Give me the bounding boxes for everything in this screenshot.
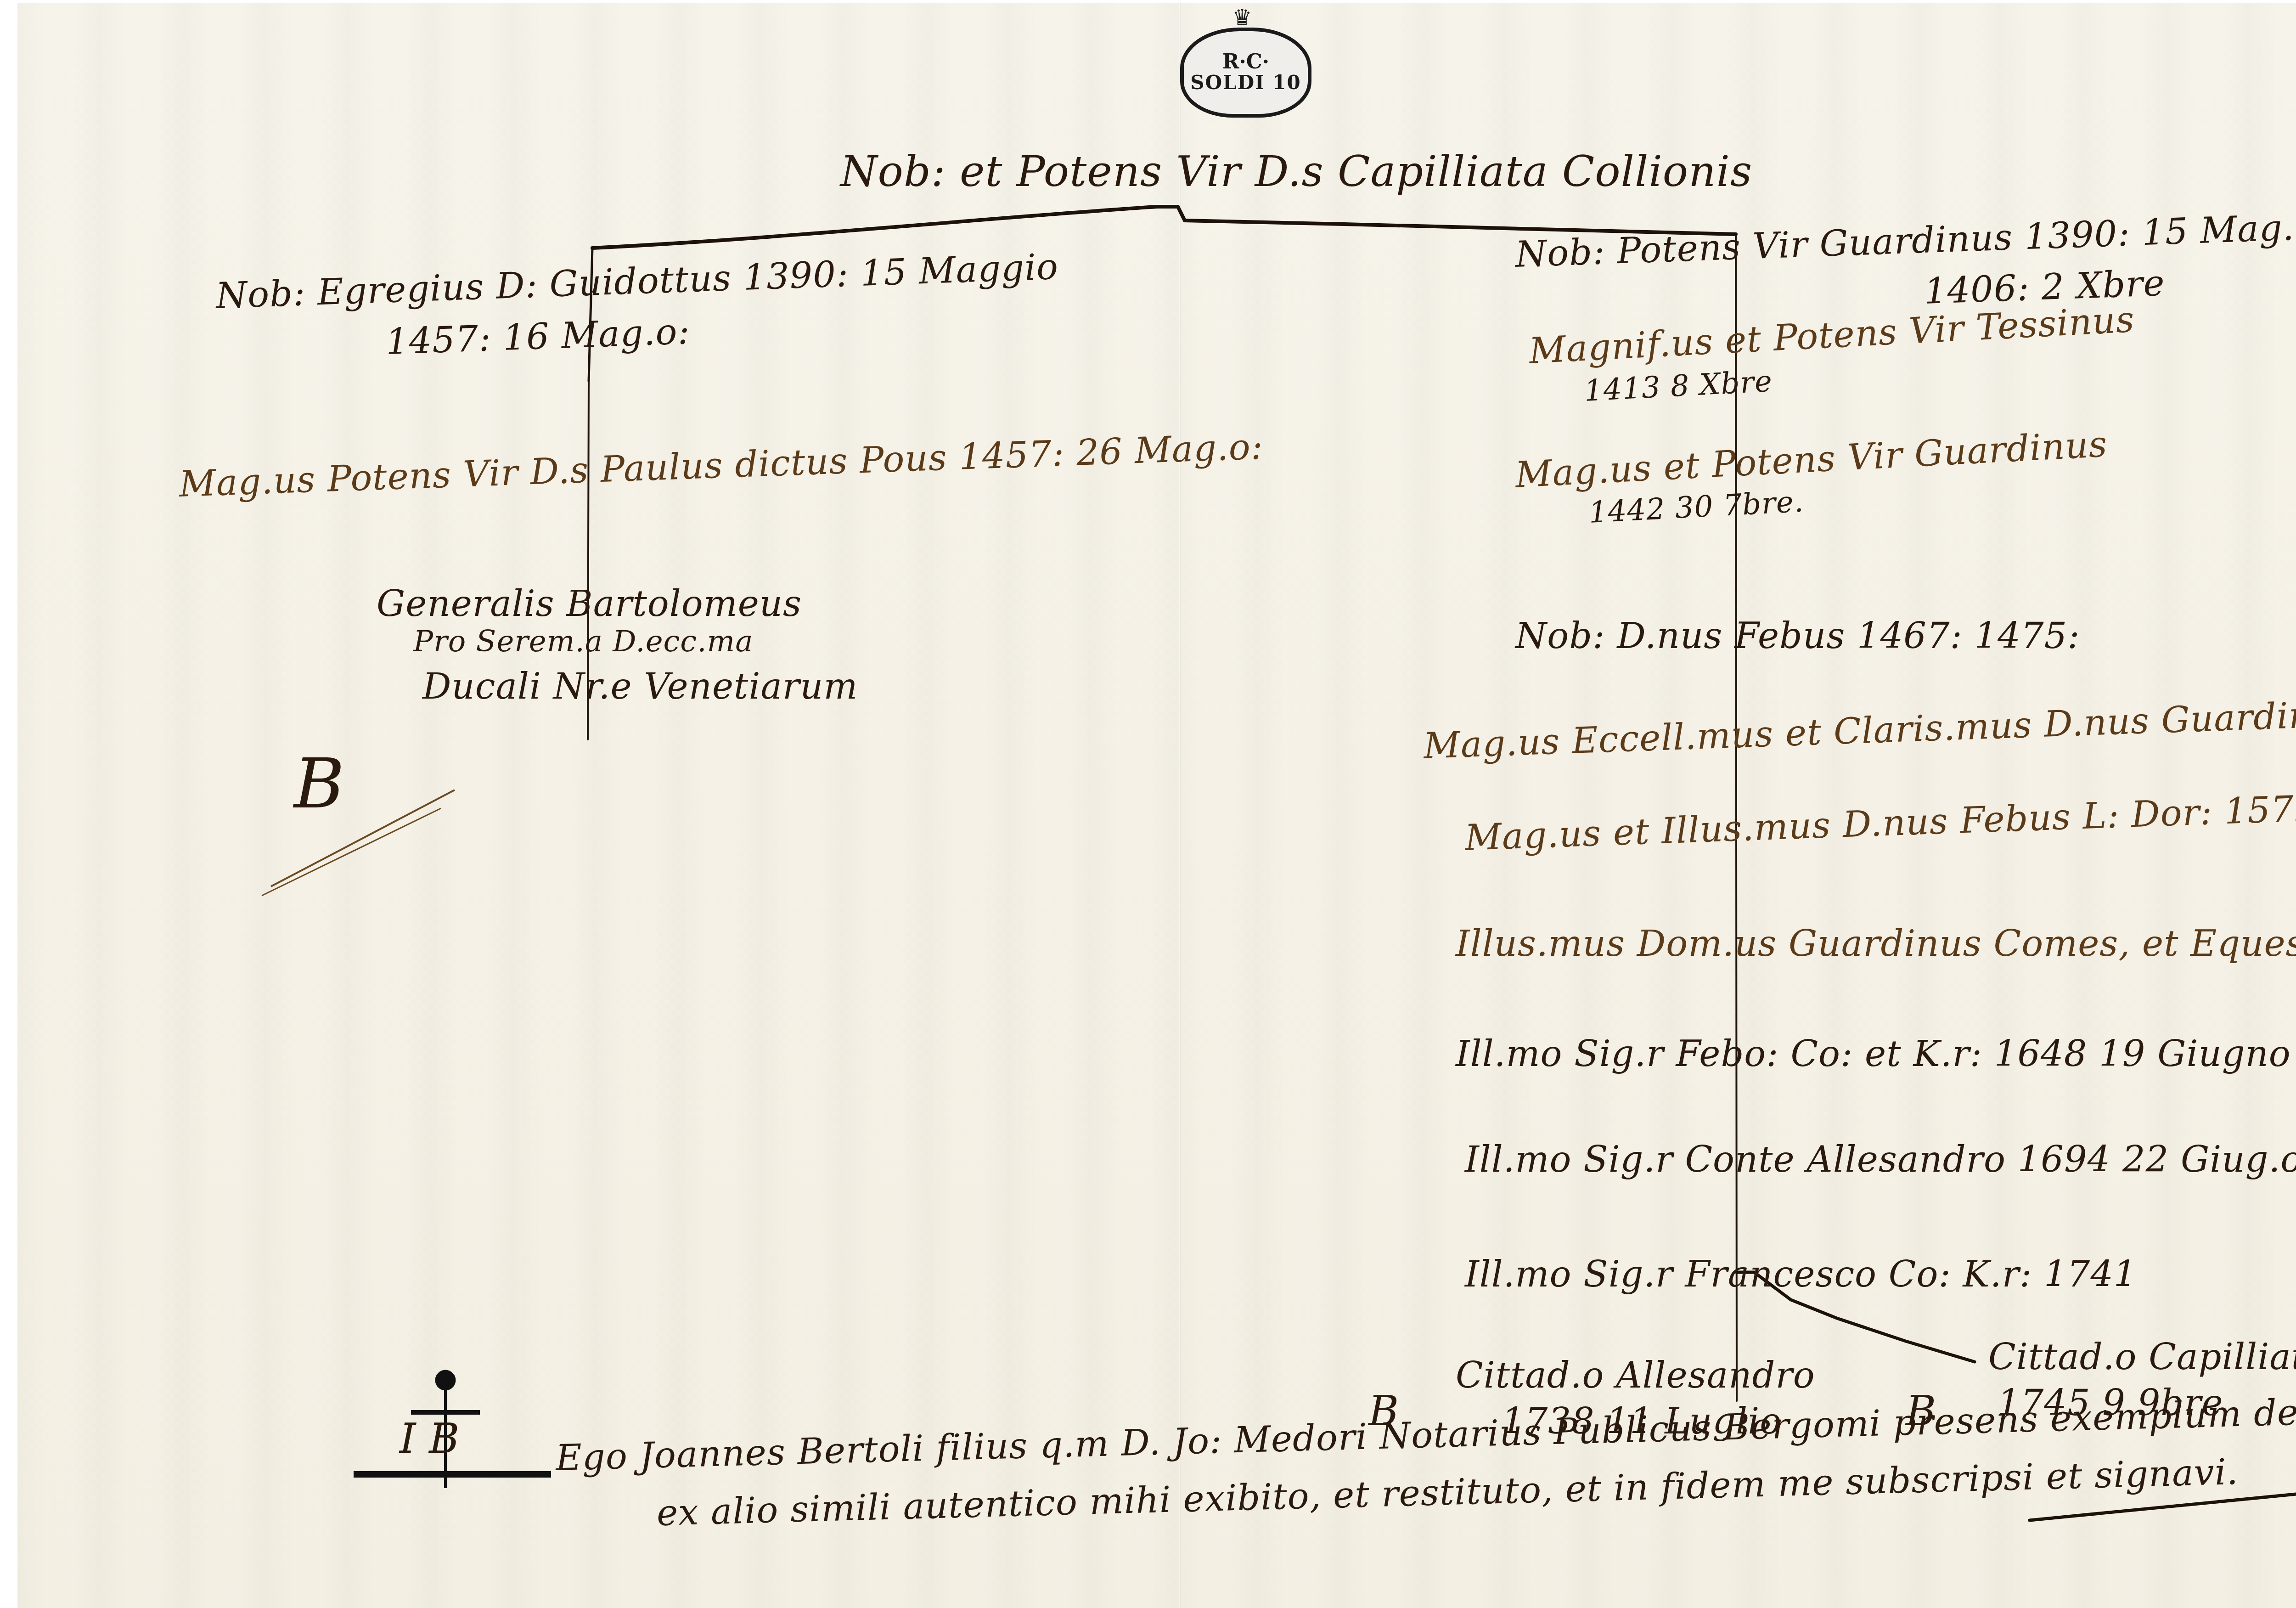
notary-cross-icon bbox=[0, 0, 2296, 1608]
notary-initials: I B bbox=[400, 1415, 459, 1463]
